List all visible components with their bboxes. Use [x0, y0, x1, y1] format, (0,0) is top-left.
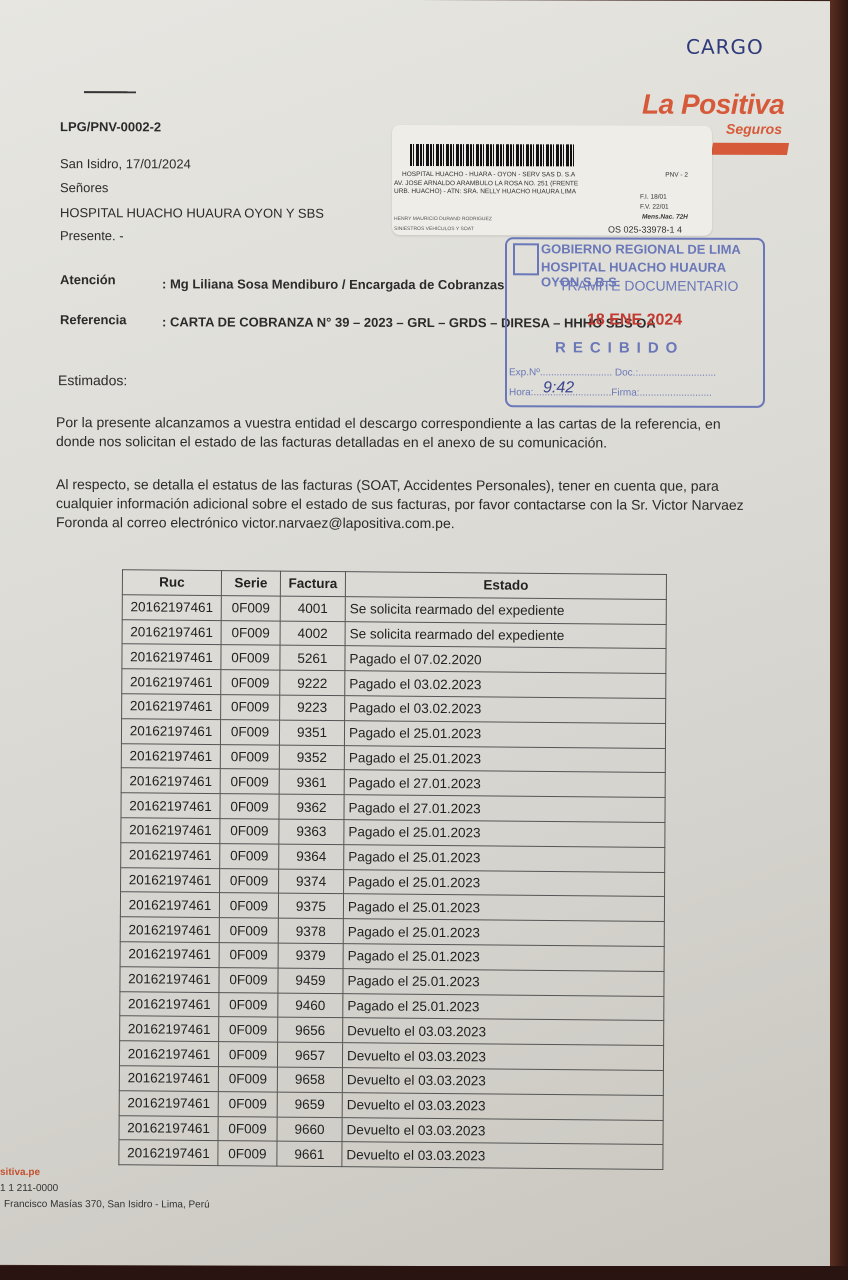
header-estado: Estado: [345, 572, 666, 600]
header-ruc: Ruc: [122, 570, 221, 596]
cell-factura: 9364: [279, 844, 344, 869]
attention-label: Atención: [60, 272, 116, 287]
place-date: San Isidro, 17/01/2024: [60, 156, 191, 171]
handwritten-cargo-note: CARGO: [686, 35, 764, 59]
cell-serie: 0F009: [220, 769, 279, 794]
cell-ruc: 20162197461: [120, 966, 219, 992]
background-edge: [830, 0, 848, 1280]
cell-factura: 9222: [280, 670, 345, 695]
cell-ruc: 20162197461: [120, 1016, 219, 1042]
cell-serie: 0F009: [219, 943, 278, 968]
cell-factura: 9374: [279, 869, 344, 894]
cell-ruc: 20162197461: [121, 719, 220, 745]
cell-serie: 0F009: [220, 843, 279, 868]
stamp-exp: Exp.Nº.......................... Doc.:..…: [509, 367, 716, 379]
cell-serie: 0F009: [220, 868, 279, 893]
cell-estado: Pagado el 03.02.2023: [345, 671, 666, 699]
pen-mark: [84, 91, 136, 93]
greeting: Estimados:: [58, 372, 127, 388]
cell-serie: 0F009: [218, 1091, 277, 1116]
cell-estado: Pagado el 25.01.2023: [344, 844, 665, 872]
table-body: 201621974610F0094001Se solicita rearmado…: [119, 595, 666, 1170]
cell-ruc: 20162197461: [122, 644, 221, 670]
cell-serie: 0F009: [219, 918, 278, 943]
cell-serie: 0F009: [218, 1067, 277, 1092]
cell-factura: 9378: [278, 918, 343, 943]
footer-address: Francisco Masías 370, San Isidro - Lima,…: [4, 1199, 210, 1211]
cell-serie: 0F009: [219, 992, 278, 1017]
cell-estado: Pagado el 25.01.2023: [343, 993, 664, 1021]
cell-ruc: 20162197461: [121, 842, 220, 868]
cell-ruc: 20162197461: [119, 1115, 218, 1141]
cell-ruc: 20162197461: [119, 1090, 218, 1116]
cell-ruc: 20162197461: [119, 1140, 218, 1166]
cell-estado: Devuelto el 03.03.2023: [342, 1092, 663, 1120]
cell-ruc: 20162197461: [120, 991, 219, 1017]
cell-estado: Pagado el 25.01.2023: [343, 919, 664, 947]
cell-ruc: 20162197461: [119, 1041, 218, 1067]
cell-ruc: 20162197461: [120, 892, 219, 918]
cell-serie: 0F009: [220, 819, 279, 844]
barcode: [410, 144, 574, 166]
cell-estado: Pagado el 25.01.2023: [344, 820, 665, 848]
header-factura: Factura: [280, 571, 345, 596]
cell-factura: 9223: [280, 695, 345, 720]
cell-serie: 0F009: [219, 1017, 278, 1042]
cell-ruc: 20162197461: [121, 743, 220, 769]
recipient-name: HOSPITAL HUACHO HUAURA OYON Y SBS: [60, 205, 324, 221]
footer-website: sitiva.pe: [0, 1167, 40, 1178]
paragraph-2: Al respecto, se detalla el estatus de la…: [56, 475, 756, 534]
cell-serie: 0F009: [221, 595, 280, 620]
cell-estado: Pagado el 25.01.2023: [343, 894, 664, 922]
brand-bar: [711, 143, 789, 155]
cell-ruc: 20162197461: [120, 942, 219, 968]
cell-serie: 0F009: [218, 1042, 277, 1067]
background-bottom: [0, 1266, 848, 1280]
cell-serie: 0F009: [220, 744, 279, 769]
cell-factura: 9660: [277, 1117, 342, 1142]
salutation-to: Señores: [60, 180, 108, 195]
invoice-status-table: Ruc Serie Factura Estado 201621974610F00…: [118, 569, 667, 1170]
cell-estado: Devuelto el 03.03.2023: [342, 1068, 663, 1096]
cell-estado: Devuelto el 03.03.2023: [342, 1142, 663, 1170]
document-reference-code: LPG/PNV-0002-2: [60, 119, 161, 134]
cell-factura: 9362: [279, 794, 344, 819]
label-dept: SINIESTROS VEHICULOS Y SOAT: [394, 225, 474, 233]
received-stamp: GOBIERNO REGIONAL DE LIMA HOSPITAL HUACH…: [505, 237, 765, 408]
cell-ruc: 20162197461: [121, 867, 220, 893]
cell-factura: 9656: [278, 1017, 343, 1042]
cell-serie: 0F009: [221, 670, 280, 695]
label-os-number: OS 025-33978-1 4: [608, 225, 682, 235]
table-row: 201621974610F0099661Devuelto el 03.03.20…: [119, 1140, 663, 1170]
stamp-hora-value: 9:42: [543, 379, 574, 397]
cell-ruc: 20162197461: [122, 595, 221, 621]
label-fv: F.V. 22/01: [640, 204, 669, 212]
label-service: Mens.Nac. 72H: [642, 214, 688, 222]
cell-serie: 0F009: [219, 967, 278, 992]
cell-ruc: 20162197461: [122, 619, 221, 645]
cell-estado: Pagado el 25.01.2023: [343, 944, 664, 972]
cell-estado: Pagado el 25.01.2023: [343, 968, 664, 996]
cell-ruc: 20162197461: [121, 793, 220, 819]
cell-ruc: 20162197461: [121, 818, 220, 844]
cell-factura: 9375: [278, 893, 343, 918]
stamp-status: RECIBIDO: [555, 339, 684, 356]
label-code: PNV - 2: [665, 172, 688, 180]
attention-value: : Mg Liliana Sosa Mendiburo / Encargada …: [162, 276, 504, 292]
cell-serie: 0F009: [220, 794, 279, 819]
cell-estado: Se solicita rearmado del expediente: [345, 596, 666, 624]
cell-ruc: 20162197461: [119, 1066, 218, 1092]
cell-estado: Pagado el 27.01.2023: [344, 795, 665, 823]
cell-estado: Devuelto el 03.03.2023: [342, 1043, 663, 1071]
cell-factura: 9351: [279, 720, 344, 745]
cell-ruc: 20162197461: [120, 917, 219, 943]
cell-estado: Se solicita rearmado del expediente: [345, 621, 666, 649]
cell-factura: 9361: [279, 769, 344, 794]
cell-factura: 4001: [280, 596, 345, 621]
cell-estado: Devuelto el 03.03.2023: [343, 1018, 664, 1046]
cell-factura: 9657: [277, 1042, 342, 1067]
cell-factura: 9363: [279, 819, 344, 844]
cell-estado: Pagado el 07.02.2020: [345, 646, 666, 674]
header-serie: Serie: [221, 571, 280, 596]
seal-icon: [513, 243, 539, 275]
cell-estado: Devuelto el 03.03.2023: [342, 1117, 663, 1145]
cell-factura: 9459: [278, 968, 343, 993]
cell-factura: 9658: [277, 1067, 342, 1092]
cell-serie: 0F009: [221, 695, 280, 720]
cell-estado: Pagado el 25.01.2023: [344, 869, 665, 897]
cell-serie: 0F009: [221, 620, 280, 645]
label-fi: F.I. 18/01: [640, 194, 667, 202]
footer-phone: 1 1 211-0000: [0, 1183, 58, 1194]
cell-factura: 9379: [278, 943, 343, 968]
cell-serie: 0F009: [218, 1141, 277, 1166]
cell-estado: Pagado el 25.01.2023: [344, 720, 665, 748]
cell-factura: 9659: [277, 1092, 342, 1117]
cell-estado: Pagado el 03.02.2023: [345, 696, 666, 724]
brand-logo: La Positiva: [642, 89, 784, 121]
brand-tagline: Seguros: [726, 121, 782, 137]
cell-serie: 0F009: [218, 1116, 277, 1141]
label-address: AV. JOSE ARNALDO ARAMBULO LA ROSA NO. 25…: [394, 180, 594, 197]
cell-estado: Pagado el 27.01.2023: [344, 770, 665, 798]
paragraph-1: Por la presente alcanzamos a vuestra ent…: [56, 413, 756, 453]
cell-ruc: 20162197461: [122, 669, 221, 695]
label-recipient: HOSPITAL HUACHO - HUARA - OYON - SERV SA…: [402, 171, 575, 179]
presente-line: Presente. -: [60, 228, 124, 243]
cell-ruc: 20162197461: [122, 694, 221, 720]
cell-estado: Pagado el 25.01.2023: [344, 745, 665, 773]
stamp-date: 18 ENE 2024: [587, 311, 682, 329]
stamp-line3: TRAMITE DOCUMENTARIO: [559, 277, 738, 293]
letter-page: CARGO La Positiva Seguros LPG/PNV-0002-2…: [0, 0, 832, 1267]
cell-factura: 9460: [278, 993, 343, 1018]
cell-ruc: 20162197461: [121, 768, 220, 794]
cell-serie: 0F009: [219, 893, 278, 918]
cell-serie: 0F009: [221, 645, 280, 670]
stamp-hora: Hora:............................Firma:.…: [509, 387, 712, 399]
label-sender: HENRY MAURICIO DURAND RODRIGUEZ: [394, 215, 492, 223]
cell-factura: 4002: [280, 621, 345, 646]
reference-label: Referencia: [60, 312, 126, 327]
cell-factura: 9352: [279, 745, 344, 770]
cell-factura: 9661: [277, 1141, 342, 1166]
cell-serie: 0F009: [220, 719, 279, 744]
shipping-label: HOSPITAL HUACHO - HUARA - OYON - SERV SA…: [392, 125, 712, 236]
cell-factura: 5261: [280, 646, 345, 671]
stamp-line1: GOBIERNO REGIONAL DE LIMA: [541, 241, 741, 257]
